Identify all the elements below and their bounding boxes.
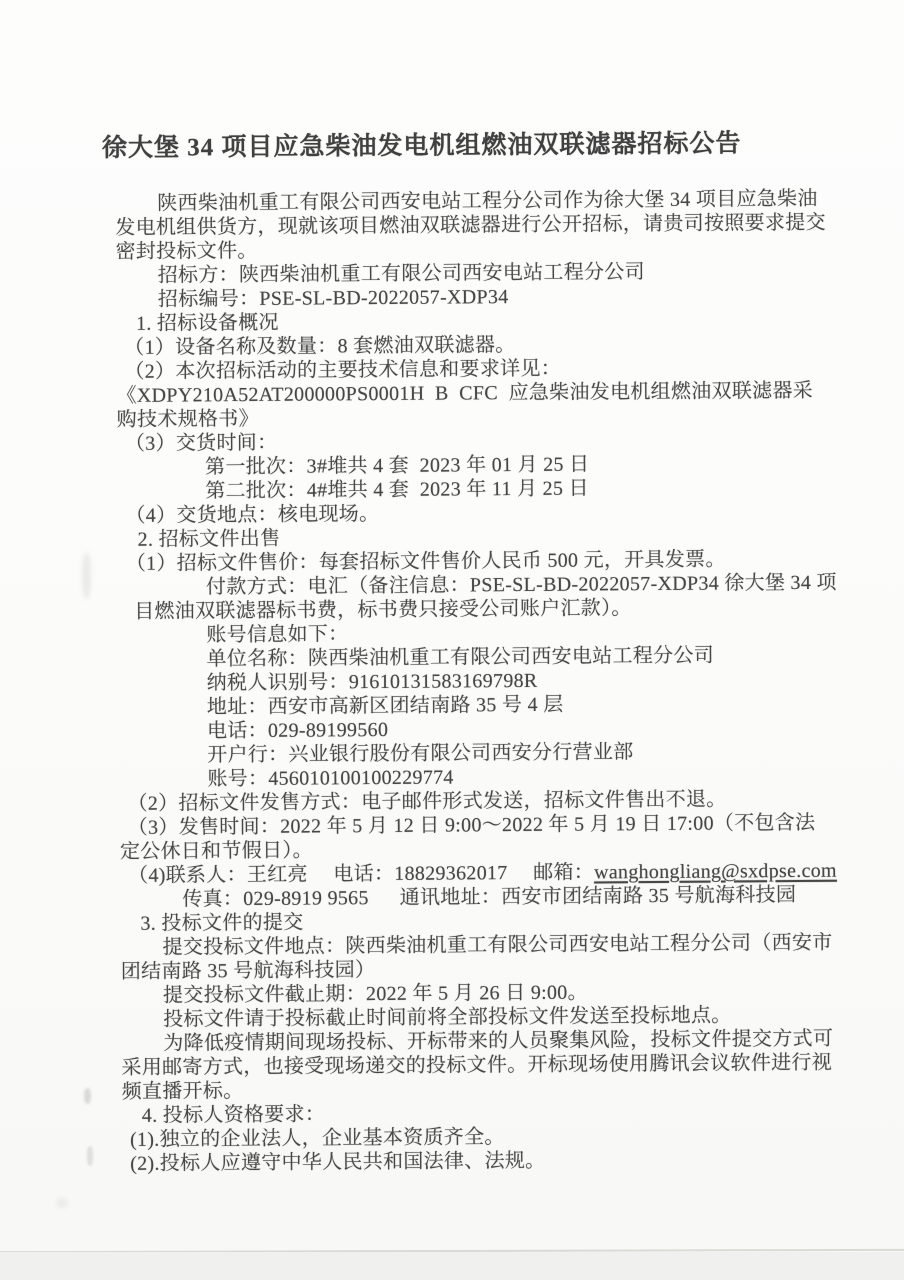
scan-smudge (82, 553, 91, 599)
scanner-background (0, 1252, 904, 1280)
scanned-page: 徐大堡 34 项目应急柴油发电机组燃油双联滤器招标公告 陕西柴油机重工有限公司西… (0, 0, 904, 1280)
document-content: 徐大堡 34 项目应急柴油发电机组燃油双联滤器招标公告 陕西柴油机重工有限公司西… (0, 0, 904, 1280)
text-line: (2).投标人应遵守中华人民共和国法律、法规。 (130, 1147, 837, 1176)
text-line: 提交投标文件地点：陕西柴油机重工有限公司西安电站工程分公司（西安市 (163, 931, 836, 960)
document-title: 徐大堡 34 项目应急柴油发电机组燃油双联滤器招标公告 (0, 123, 844, 165)
text-line: 付款方式：电汇（备注信息：PSE-SL-BD-2022057-XDP34 徐大堡… (206, 571, 833, 600)
scan-smudge (84, 1088, 91, 1104)
contact-text: （4)联系人：王红亮 电话：18829362017 邮箱： (128, 861, 594, 886)
email-text: wanghongliang@sxdpse.com (594, 860, 837, 884)
text-line: 传真：029-8919 9565 通讯地址：西安市团结南路 35 号航海科技园 (182, 883, 835, 912)
scan-smudge (87, 1146, 93, 1166)
document-body: 陕西柴油机重工有限公司西安电站工程分公司作为徐大堡 34 项目应急柴油发电机组供… (115, 187, 837, 1176)
scan-smudge (56, 1198, 68, 1208)
